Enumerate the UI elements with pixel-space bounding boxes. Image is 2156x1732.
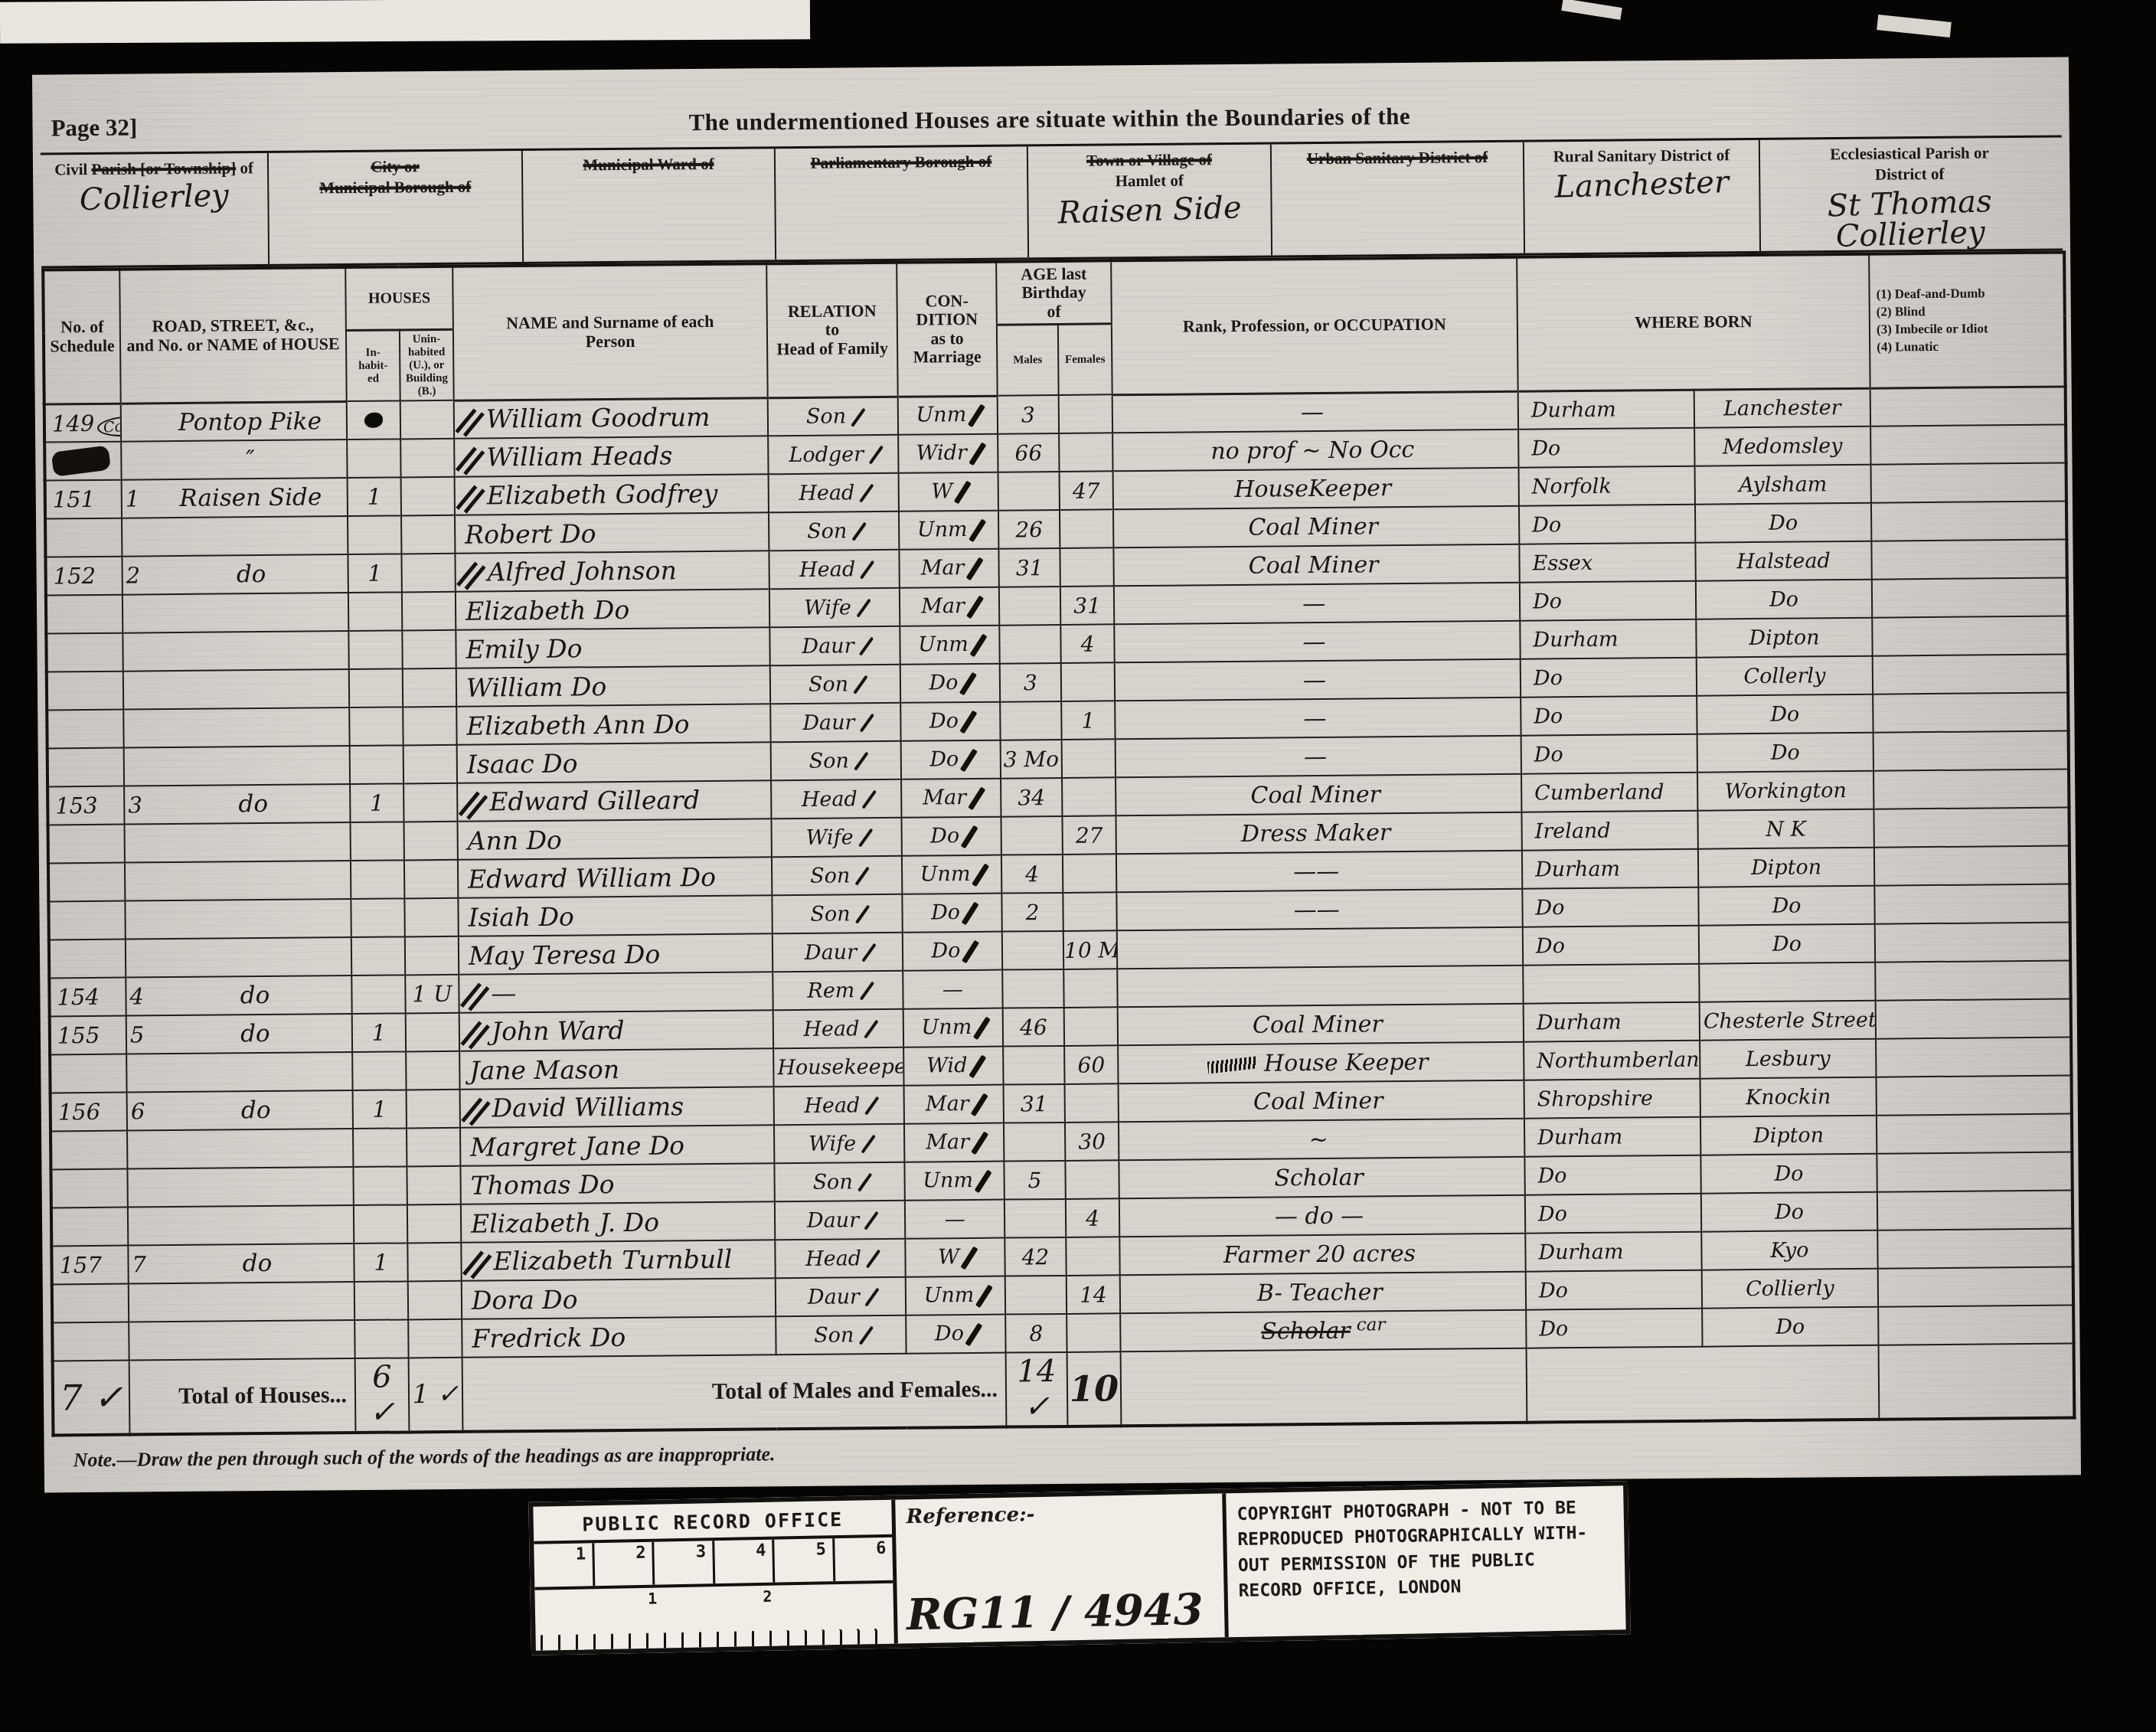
occupation-cell: — do — (1119, 1195, 1525, 1237)
occupation-cell: Scholarcar (1120, 1310, 1526, 1352)
condition-cell: Mar (901, 779, 1001, 818)
inhabited-cell (354, 1205, 407, 1244)
uninhabited-cell (404, 822, 458, 861)
total-females: 10 (1067, 1352, 1122, 1427)
col-occupation: Rank, Profession, or OCCUPATION (1111, 257, 1518, 394)
total-houses-uninhabited: 1 ✓ (409, 1358, 463, 1433)
age-female-cell: 27 (1062, 816, 1116, 855)
pro-title: PUBLIC RECORD OFFICE (533, 1500, 892, 1544)
pro-ruler: 1 2 (539, 1583, 889, 1651)
age-male-cell: 5 (1004, 1161, 1065, 1200)
road-cell (122, 517, 348, 557)
condition-cell: Unm (904, 1162, 1004, 1201)
born-place-cell: Collerly (1697, 656, 1873, 696)
uninhabited-cell (402, 630, 456, 669)
born-county-cell: Do (1519, 505, 1695, 544)
age-female-cell (1060, 510, 1113, 549)
born-county-cell: Do (1526, 1309, 1702, 1348)
born-place-cell (1699, 962, 1875, 1002)
inhabited-cell (353, 1129, 407, 1168)
born-place-cell: N K (1697, 809, 1873, 849)
relation-cell: Head (775, 1239, 905, 1278)
header-field-value: Lanchester (1524, 166, 1759, 204)
condition-cell: Do (901, 817, 1001, 856)
born-county-cell: Do (1521, 734, 1697, 774)
relation-cell: Son (768, 397, 898, 436)
col-uninhabited: Unin- habited (U.), or Building (B.) (400, 330, 454, 401)
schedule-cell: 149Contd (44, 404, 121, 443)
total-houses-inhabited: 6 ✓ (355, 1358, 410, 1433)
infirmity-cell (1878, 1306, 2073, 1345)
photo-speck (1561, 0, 1622, 20)
relation-cell: Son (772, 894, 902, 933)
age-male-cell (1002, 969, 1063, 1008)
infirmity-cell (1877, 1229, 2073, 1269)
infirmity-cell (1877, 1114, 2072, 1154)
occupation-cell: — (1112, 391, 1518, 433)
born-county-cell: Cumberland (1521, 773, 1697, 812)
relation-cell: Housekeeper (773, 1047, 903, 1087)
relation-cell: Head (771, 779, 901, 819)
name-cell: Elizabeth Do (456, 590, 769, 631)
born-county-cell: Ireland (1521, 811, 1697, 851)
born-county-cell: Durham (1524, 1002, 1700, 1042)
uninhabited-cell (408, 1281, 462, 1320)
inhabited-cell: 1 (350, 784, 403, 823)
born-place-cell: Do (1696, 580, 1872, 619)
born-county-cell: Do (1520, 581, 1696, 621)
age-male-cell: 8 (1005, 1314, 1067, 1353)
age-female-cell: 31 (1060, 587, 1114, 626)
inhabited-cell: 1 (353, 1090, 407, 1129)
age-female-cell: 14 (1067, 1276, 1120, 1315)
age-male-cell (1005, 1276, 1067, 1315)
header-field: Civil Parish [or Township] of Collierley (41, 153, 269, 266)
occupation-cell: B- Teacher (1120, 1272, 1526, 1314)
occupation-cell: Coal Miner (1113, 544, 1519, 587)
age-female-cell (1061, 663, 1115, 702)
road-cell (125, 823, 351, 864)
infirmity-cell (1878, 1267, 2073, 1307)
schedule-cell (51, 1169, 127, 1208)
inhabited-cell (351, 822, 404, 861)
age-male-cell: 3 (998, 395, 1059, 434)
road-cell (122, 593, 348, 634)
header-field-label: Town or Village ofHamlet of (1028, 149, 1270, 193)
col-females: Females (1058, 324, 1112, 395)
col-where-born: WHERE BORN (1517, 253, 1870, 391)
age-male-cell: 31 (1004, 1084, 1065, 1123)
age-male-cell: 3 (1000, 663, 1061, 702)
born-place-cell: Dipton (1698, 848, 1874, 887)
condition-cell: Mar (900, 587, 999, 626)
pro-scale-cell: 6 (835, 1538, 893, 1581)
schedule-cell (52, 1322, 129, 1361)
col-houses: HOUSES (345, 266, 453, 331)
road-cell: ″ (121, 440, 347, 481)
condition-cell: Unm (903, 1008, 1003, 1047)
condition-cell: Wid (903, 1047, 1003, 1086)
uninhabited-cell (401, 515, 455, 554)
relation-cell: Son (770, 665, 900, 704)
header-field-label: City orMunicipal Borough of (269, 155, 521, 199)
occupation-cell: — (1115, 698, 1521, 740)
relation-cell: Son (772, 856, 902, 895)
born-place-cell: Do (1701, 1192, 1877, 1232)
born-place-cell: Kyo (1701, 1230, 1877, 1270)
name-cell: Thomas Do (460, 1164, 774, 1205)
relation-cell: Son (771, 741, 901, 780)
age-female-cell: 47 (1060, 472, 1113, 511)
age-male-cell (1000, 701, 1061, 740)
age-male-cell: 26 (998, 510, 1060, 549)
pro-scale-cell: 5 (774, 1538, 835, 1582)
age-male-cell: 34 (1001, 778, 1062, 817)
condition-cell: Mar (904, 1085, 1004, 1124)
inhabited-cell (351, 899, 404, 938)
road-cell: 6do (127, 1090, 353, 1131)
inhabited-cell (351, 937, 405, 976)
born-place-cell: Do (1698, 886, 1874, 926)
name-cell: Jane Mason (459, 1049, 773, 1090)
name-cell: Elizabeth Ann Do (456, 704, 770, 746)
total-males-females-label: Total of Males and Females... (462, 1353, 1007, 1432)
infirmity-cell (1871, 540, 2066, 580)
occupation-cell (1117, 966, 1523, 1008)
age-female-cell (1063, 893, 1116, 932)
age-female-cell: 1 (1061, 701, 1115, 740)
header-field: City orMunicipal Borough of (269, 151, 524, 263)
uninhabited-cell: 1 U (405, 975, 459, 1014)
totals-schedule-mark: 7 ✓ (53, 1361, 130, 1436)
born-county-cell: Do (1521, 696, 1697, 736)
name-cell: Alfred Johnson (455, 551, 769, 593)
occupation-cell: ~ (1119, 1119, 1524, 1161)
infirmity-cell (1876, 1038, 2071, 1077)
schedule-cell (51, 1207, 128, 1247)
inhabited-cell (354, 1282, 408, 1321)
name-cell: Elizabeth Turnbull (461, 1240, 775, 1282)
inhabited-cell: 1 (348, 478, 401, 517)
age-male-cell (1003, 1046, 1064, 1085)
born-place-cell: Do (1700, 1154, 1877, 1194)
age-female-cell (1063, 855, 1116, 894)
born-place-cell: Do (1697, 733, 1873, 773)
occupation-cell: Scholar (1119, 1157, 1524, 1199)
road-cell (129, 1282, 354, 1322)
occupation-cell: House Keeper (1118, 1042, 1524, 1084)
age-female-cell (1065, 1084, 1119, 1123)
born-place-cell: Halstead (1695, 541, 1871, 581)
age-male-cell (1004, 1199, 1066, 1238)
uninhabited-cell (404, 898, 458, 937)
name-cell: May Teresa Do (459, 934, 773, 975)
road-cell: 7do (128, 1243, 354, 1284)
name-cell: — (459, 972, 773, 1014)
inhabited-cell: 1 (354, 1243, 407, 1283)
schedule-cell (46, 633, 122, 672)
uninhabited-cell (404, 860, 458, 899)
road-cell (123, 670, 349, 711)
condition-cell: Do (902, 894, 1001, 933)
occupation-cell: Coal Miner (1119, 1080, 1524, 1123)
road-cell (123, 708, 349, 749)
name-cell: Emily Do (456, 628, 769, 669)
uninhabited-cell (408, 1319, 462, 1358)
infirmity-cell (1870, 425, 2066, 465)
col-schedule: No. of Schedule (43, 269, 121, 404)
road-cell: 4do (126, 975, 351, 1016)
uninhabited-cell (403, 783, 457, 822)
born-place-cell: Knockin (1700, 1077, 1876, 1117)
name-cell: Robert Do (455, 513, 769, 554)
road-cell: 3do (124, 785, 350, 825)
header-field-value: Collierley (41, 179, 268, 217)
road-cell (124, 747, 350, 787)
occupation-cell: — (1116, 736, 1521, 778)
infirmity-cell (1877, 1191, 2073, 1230)
infirmity-cell (1871, 502, 2066, 541)
pro-scale-cell: 2 (594, 1542, 655, 1586)
header-field: Rural Sanitary District of Lanchester (1524, 140, 1761, 253)
header-field-label: Urban Sanitary District of (1272, 147, 1523, 170)
condition-cell: Do (906, 1315, 1005, 1354)
census-page: Page 32] The undermentioned Houses are s… (32, 57, 2081, 1492)
infirmity-cell (1873, 731, 2069, 771)
page-heading: The undermentioned Houses are situate wi… (137, 98, 1962, 142)
col-relation: RELATION to Head of Family (766, 262, 898, 397)
occupation-cell: — (1114, 621, 1520, 663)
total-houses-label: Total of Houses... (129, 1358, 356, 1435)
born-county-cell: Durham (1520, 619, 1696, 659)
relation-cell: Son (769, 511, 899, 551)
born-county-cell: Northumberland (1524, 1041, 1700, 1080)
age-female-cell (1059, 395, 1112, 434)
uninhabited-cell (401, 554, 455, 593)
condition-cell: — (903, 970, 1002, 1009)
age-male-cell (1004, 1123, 1065, 1162)
infirmity-cell (1875, 961, 2070, 1001)
road-cell (127, 1129, 353, 1169)
occupation-cell: Farmer 20 acres (1119, 1234, 1525, 1276)
footnote: Note.—Draw the pen through such of the w… (73, 1432, 2073, 1472)
road-cell (127, 1167, 353, 1207)
name-cell: Ann Do (458, 819, 772, 861)
infirmity-cell (1877, 1152, 2072, 1192)
occupation-cell: no prof ~ No Occ (1112, 430, 1518, 472)
relation-cell: Daur (770, 703, 900, 742)
road-cell (125, 861, 351, 902)
uninhabited-cell (402, 592, 456, 631)
born-place-cell: Aylsham (1695, 465, 1871, 505)
infirmity-cell (1871, 463, 2066, 503)
road-cell (122, 632, 348, 672)
table-body: 149Contd Pontop Pike William Goodrum Son… (44, 387, 2074, 1361)
inhabited-cell (349, 708, 403, 747)
age-female-cell: 60 (1064, 1046, 1118, 1085)
age-male-cell: 2 (1001, 893, 1063, 932)
road-cell (125, 900, 351, 940)
born-place-cell: Collierly (1702, 1269, 1878, 1309)
born-county-cell: Norfolk (1519, 466, 1695, 506)
born-county-cell: Durham (1525, 1232, 1701, 1272)
name-cell: Elizabeth Godfrey (455, 475, 769, 516)
schedule-cell: 150 (44, 442, 121, 481)
condition-cell: Unm (898, 396, 998, 435)
uninhabited-cell (406, 1013, 459, 1052)
condition-cell: Unm (899, 511, 998, 550)
inhabited-cell (348, 516, 401, 555)
age-female-cell (1059, 433, 1112, 472)
name-cell: William Goodrum (454, 398, 768, 440)
infirmity-cell (1874, 884, 2069, 924)
schedule-cell (47, 710, 123, 749)
infirmity-cell (1873, 655, 2068, 694)
relation-cell: Son (774, 1162, 904, 1201)
inhabited-cell (347, 440, 400, 479)
age-male-cell (1002, 931, 1063, 970)
road-cell (128, 1205, 354, 1246)
condition-cell: Mar (904, 1123, 1004, 1162)
age-female-cell (1060, 548, 1113, 587)
born-county-cell: Do (1521, 658, 1697, 698)
total-males: 14 ✓ (1006, 1352, 1068, 1427)
header-field: Urban Sanitary District of (1272, 142, 1525, 255)
inhabited-cell (348, 593, 402, 632)
inhabited-cell (350, 746, 403, 785)
reference-label: Reference:- (906, 1500, 1212, 1529)
condition-cell: Widr (898, 434, 998, 473)
enumeration-table: No. of Schedule ROAD, STREET, &c., and N… (41, 250, 2076, 1437)
condition-cell: W (899, 472, 998, 511)
schedule-cell (49, 940, 126, 979)
relation-cell: Lodger (768, 435, 898, 474)
header-field: Parliamentary Borough of (776, 146, 1029, 259)
name-cell: Dora Do (462, 1279, 776, 1320)
occupation-cell: —— (1116, 889, 1522, 931)
col-age: AGE last Birthday of (996, 260, 1112, 325)
relation-cell: Wife (774, 1124, 904, 1163)
name-cell: Fredrick Do (462, 1317, 776, 1358)
uninhabited-cell (400, 400, 454, 440)
relation-cell: Daur (769, 626, 900, 665)
road-cell (129, 1320, 354, 1361)
born-place-cell: Dipton (1700, 1116, 1877, 1155)
born-place-cell: Medomsley (1694, 426, 1870, 466)
header-field: Town or Village ofHamlet of Raisen Side (1028, 145, 1272, 257)
schedule-cell (48, 863, 125, 902)
inhabited-cell (353, 1167, 407, 1206)
occupation-cell: — (1114, 583, 1520, 625)
name-cell: Margret Jane Do (460, 1126, 774, 1167)
schedule-cell (48, 825, 125, 864)
road-cell: 2do (122, 555, 348, 596)
infirmity-cell (1873, 808, 2069, 848)
born-place-cell: Lanchester (1694, 388, 1870, 428)
age-male-cell (999, 587, 1060, 626)
infirmity-cell (1877, 1076, 2072, 1116)
name-cell: Isaac Do (457, 743, 771, 784)
schedule-cell: 152 (45, 557, 122, 596)
road-cell (126, 937, 351, 978)
condition-cell: Unm (906, 1276, 1005, 1315)
schedule-cell: 151 (45, 480, 122, 519)
header-field-label: Civil Parish [or Township] of (41, 158, 267, 181)
born-place-cell: Workington (1697, 771, 1873, 811)
inhabited-cell (354, 1320, 408, 1359)
age-male-cell (999, 625, 1060, 664)
road-cell (126, 1052, 352, 1093)
census-photograph: Page 32] The undermentioned Houses are s… (0, 0, 2156, 1732)
infirmity-cell (1873, 693, 2068, 733)
born-place-cell: Lesbury (1700, 1039, 1876, 1079)
born-county-cell: Do (1518, 428, 1694, 468)
age-female-cell: 10 Mo (1063, 931, 1117, 970)
age-female-cell (1063, 969, 1117, 1008)
name-cell: William Do (456, 666, 770, 708)
schedule-cell (45, 518, 122, 557)
inhabited-cell (349, 669, 403, 708)
inhabited-cell (348, 631, 402, 670)
condition-cell: Do (903, 932, 1002, 971)
uninhabited-cell (400, 439, 454, 478)
pro-scale-cell: 4 (714, 1540, 776, 1583)
born-place-cell: Do (1702, 1307, 1878, 1347)
relation-cell: Son (776, 1315, 906, 1355)
infirmity-cell (1873, 770, 2069, 809)
born-county-cell: Essex (1519, 543, 1695, 583)
header-field-label: Ecclesiastical Parish orDistrict of (1760, 142, 2059, 187)
col-males: Males (997, 325, 1059, 396)
col-inhabited: In- habit- ed (346, 330, 400, 401)
born-place-cell: Do (1699, 924, 1875, 964)
occupation-cell: Dress Maker (1116, 812, 1521, 855)
uninhabited-cell (406, 1051, 459, 1090)
relation-cell: Head (774, 1086, 904, 1125)
public-record-office-strip: PUBLIC RECORD OFFICE 123456 1 2 Referenc… (528, 1481, 1631, 1655)
col-name: NAME and Surname of each Person (452, 263, 768, 400)
road-cell: Pontop Pike (121, 402, 347, 443)
schedule-cell (46, 595, 122, 634)
age-male-cell: 46 (1003, 1008, 1064, 1047)
road-cell: 1Raisen Side (122, 479, 348, 519)
condition-cell: Do (901, 740, 1001, 779)
age-female-cell (1062, 778, 1116, 817)
name-cell: David Williams (460, 1087, 774, 1129)
infirmity-cell (1872, 578, 2067, 618)
photo-speck (1877, 15, 1952, 38)
inhabited-cell (347, 401, 400, 440)
condition-cell: Do (900, 702, 1000, 741)
header-field-label: Municipal Ward of (523, 153, 774, 176)
born-county-cell: Durham (1522, 849, 1698, 889)
schedule-cell (47, 672, 123, 711)
born-county-cell: Durham (1524, 1117, 1700, 1157)
header-field-value: Raisen Side (1028, 191, 1271, 229)
uninhabited-cell (407, 1243, 461, 1282)
occupation-cell: Coal Miner (1116, 774, 1521, 816)
infirmity-cell (1872, 616, 2067, 656)
born-county-cell: Do (1524, 1155, 1700, 1195)
uninhabited-cell (405, 936, 459, 975)
uninhabited-cell (403, 707, 456, 746)
age-female-cell (1064, 1008, 1118, 1047)
relation-cell: Head (769, 473, 899, 512)
header-field-label: Parliamentary Borough of (776, 151, 1027, 174)
col-infirmities: (1) Deaf-and-Dumb (2) Blind (3) Imbecile… (1869, 252, 2066, 388)
born-place-cell: Chesterle Street (1700, 1001, 1876, 1041)
header-field: Ecclesiastical Parish orDistrict of St T… (1760, 138, 2060, 251)
